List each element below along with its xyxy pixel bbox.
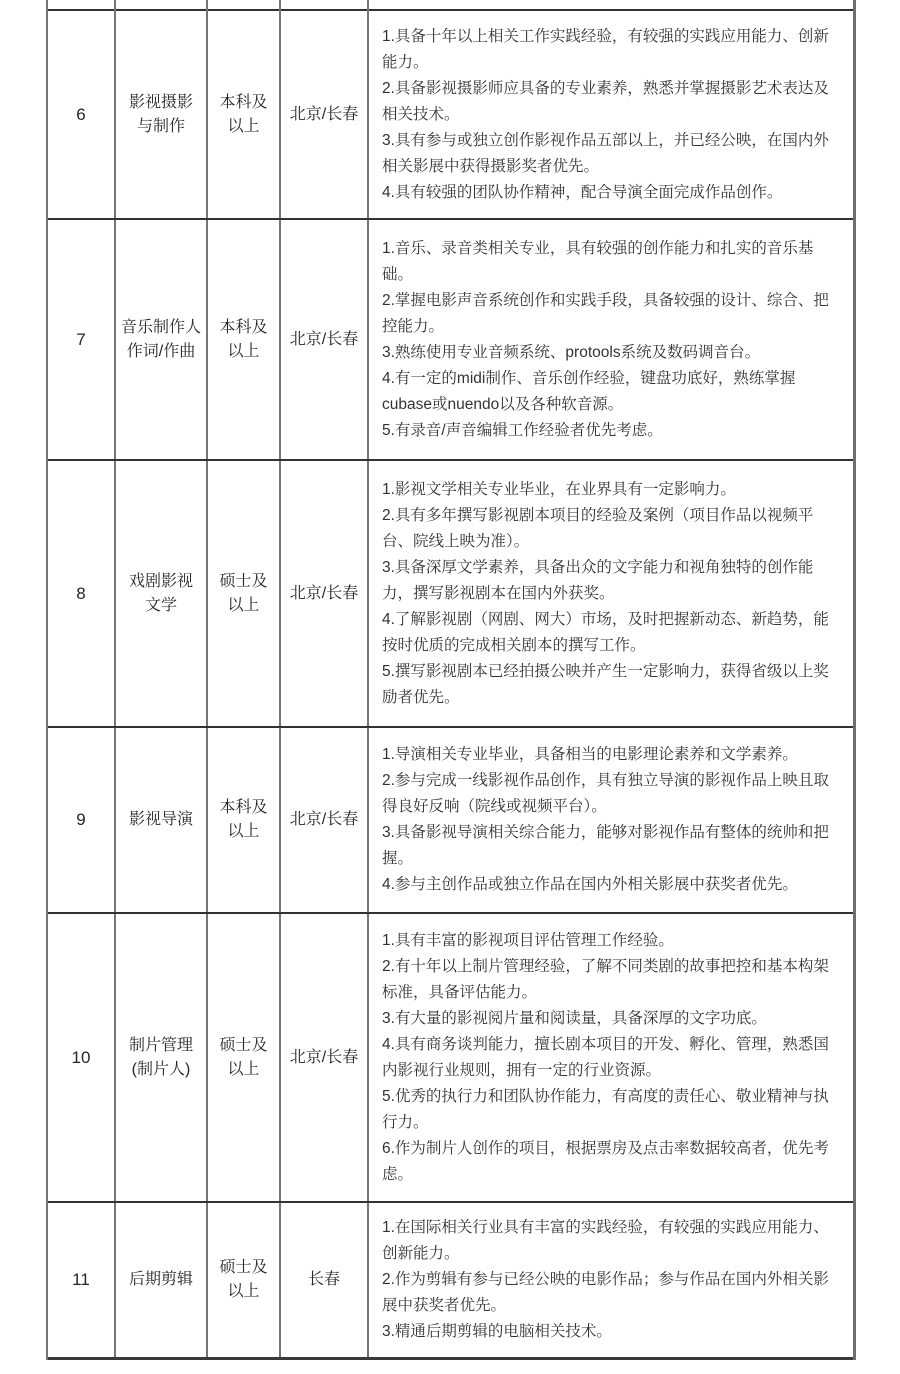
location-label: 北京/长春: [290, 1046, 358, 1070]
cell-seq: 8: [48, 461, 116, 726]
table-row: 7 音乐制作人 作词/作曲 本科及 以上 北京/长春 1.音乐、录音类相关专业，…: [48, 220, 853, 461]
cell-location: 长春: [281, 1203, 369, 1357]
seq-number: 8: [76, 582, 85, 606]
requirement-item: 2.作为剪辑有参与已经公映的电影作品；参与作品在国内外相关影展中获奖者优先。: [382, 1267, 837, 1319]
table-row-partial: [48, 0, 853, 11]
education-label: 以上: [227, 340, 259, 364]
requirement-item: 5.撰写影视剧本已经拍摄公映并产生一定影响力，获得省级以上奖励者优先。: [382, 659, 837, 711]
cell-location: 北京/长春: [281, 220, 369, 459]
requirement-item: 2.具有多年撰写影视剧本项目的经验及案例（项目作品以视频平台、院线上映为准）。: [382, 503, 837, 555]
cell-location: 北京/长春: [281, 914, 369, 1201]
requirement-item: 3.具备深厚文学素养，具备出众的文字能力和视角独特的创作能力，撰写影视剧本在国内…: [382, 555, 837, 607]
requirement-item: 1.具有丰富的影视项目评估管理工作经验。: [382, 928, 837, 954]
education-label: 硕士及: [219, 1256, 267, 1280]
recruitment-table: 6 影视摄影 与制作 本科及 以上 北京/长春 1.具备十年以上相关工作实践经验…: [46, 0, 856, 1360]
position-label: 文学: [145, 594, 177, 618]
cell-requirements: 1.影视文学相关专业毕业，在业界具有一定影响力。 2.具有多年撰写影视剧本项目的…: [369, 461, 853, 726]
requirement-item: 3.有大量的影视阅片量和阅读量，具备深厚的文字功底。: [382, 1006, 837, 1032]
cell-position: 影视摄影 与制作: [116, 11, 208, 218]
requirement-item: 1.音乐、录音类相关专业，具有较强的创作能力和扎实的音乐基础。: [382, 236, 837, 288]
education-label: 以上: [227, 1280, 259, 1304]
cell-seq: 10: [48, 914, 116, 1201]
location-label: 长春: [308, 1268, 340, 1292]
table-row: 6 影视摄影 与制作 本科及 以上 北京/长春 1.具备十年以上相关工作实践经验…: [48, 11, 853, 220]
cell-position: 制片管理 (制片人): [116, 914, 208, 1201]
requirement-item: 4.具有较强的团队协作精神，配合导演全面完成作品创作。: [382, 180, 837, 206]
requirement-item: 2.参与完成一线影视作品创作，具有独立导演的影视作品上映且取得良好反响（院线或视…: [382, 768, 837, 820]
requirement-item: 3.熟练使用专业音频系统、protools系统及数码调音台。: [382, 340, 837, 366]
cell-seq: 9: [48, 728, 116, 912]
education-label: 本科及: [219, 796, 267, 820]
cell-requirements: 1.导演相关专业毕业，具备相当的电影理论素养和文学素养。 2.参与完成一线影视作…: [369, 728, 853, 912]
education-label: 硕士及: [219, 1034, 267, 1058]
cell-location: 北京/长春: [281, 11, 369, 218]
requirement-item: 5.优秀的执行力和团队协作能力，有高度的责任心、敬业精神与执行力。: [382, 1084, 837, 1136]
cell-education: 本科及 以上: [208, 11, 281, 218]
position-label: (制片人): [132, 1058, 191, 1082]
cell-location: 北京/长春: [281, 461, 369, 726]
seq-number: 10: [72, 1046, 91, 1070]
education-label: 本科及: [219, 91, 267, 115]
cell-education: 本科及 以上: [208, 728, 281, 912]
requirement-item: 2.掌握电影声音系统创作和实践手段，具备较强的设计、综合、把控能力。: [382, 288, 837, 340]
requirement-item: 4.具有商务谈判能力，擅长剧本项目的开发、孵化、管理，熟悉国内影视行业规则，拥有…: [382, 1032, 837, 1084]
page: 6 影视摄影 与制作 本科及 以上 北京/长春 1.具备十年以上相关工作实践经验…: [0, 0, 900, 1374]
table-row: 9 影视导演 本科及 以上 北京/长春 1.导演相关专业毕业，具备相当的电影理论…: [48, 728, 853, 914]
education-label: 硕士及: [219, 570, 267, 594]
position-label: 戏剧影视: [129, 570, 193, 594]
requirement-item: 3.精通后期剪辑的电脑相关技术。: [382, 1319, 837, 1345]
location-label: 北京/长春: [290, 582, 358, 606]
position-label: 影视摄影: [129, 91, 193, 115]
seq-number: 11: [72, 1268, 90, 1292]
cell-seq: 6: [48, 11, 116, 218]
cell-requirements: 1.音乐、录音类相关专业，具有较强的创作能力和扎实的音乐基础。 2.掌握电影声音…: [369, 220, 853, 459]
position-label: 作词/作曲: [127, 340, 195, 364]
requirement-item: 2.有十年以上制片管理经验，了解不同类剧的故事把控和基本构架标准，具备评估能力。: [382, 954, 837, 1006]
requirement-item: 4.了解影视剧（网剧、网大）市场，及时把握新动态、新趋势，能按时优质的完成相关剧…: [382, 607, 837, 659]
cell-requirements: 1.在国际相关行业具有丰富的实践经验，有较强的实践应用能力、创新能力。 2.作为…: [369, 1203, 853, 1357]
cell-requirements: 1.具有丰富的影视项目评估管理工作经验。 2.有十年以上制片管理经验，了解不同类…: [369, 914, 853, 1201]
requirement-item: 3.具有参与或独立创作影视作品五部以上，并已经公映，在国内外相关影展中获得摄影奖…: [382, 128, 837, 180]
education-label: 以上: [227, 115, 259, 139]
education-label: 以上: [227, 820, 259, 844]
requirement-item: 1.在国际相关行业具有丰富的实践经验，有较强的实践应用能力、创新能力。: [382, 1215, 837, 1267]
requirement-item: 4.参与主创作品或独立作品在国内外相关影展中获奖者优先。: [382, 872, 837, 898]
requirement-item: 2.具备影视摄影师应具备的专业素养，熟悉并掌握摄影艺术表达及相关技术。: [382, 76, 837, 128]
seq-number: 7: [76, 328, 85, 352]
table-row: 11 后期剪辑 硕士及 以上 长春 1.在国际相关行业具有丰富的实践经验，有较强…: [48, 1203, 853, 1360]
location-label: 北京/长春: [290, 103, 358, 127]
education-label: 以上: [227, 1058, 259, 1082]
cell-education: 硕士及 以上: [208, 914, 281, 1201]
cell-seq: 7: [48, 220, 116, 459]
position-label: 制片管理: [129, 1034, 193, 1058]
requirement-item: 5.有录音/声音编辑工作经验者优先考虑。: [382, 418, 837, 444]
cell-position: 戏剧影视 文学: [116, 461, 208, 726]
cell-seq: 11: [48, 1203, 116, 1357]
cell-education: 硕士及 以上: [208, 461, 281, 726]
table-row: 10 制片管理 (制片人) 硕士及 以上 北京/长春 1.具有丰富的影视项目评估…: [48, 914, 853, 1203]
cell-education: 硕士及 以上: [208, 1203, 281, 1357]
seq-number: 6: [76, 103, 85, 127]
table-row: 8 戏剧影视 文学 硕士及 以上 北京/长春 1.影视文学相关专业毕业，在业界具…: [48, 461, 853, 728]
requirement-item: 1.具备十年以上相关工作实践经验，有较强的实践应用能力、创新能力。: [382, 24, 837, 76]
requirement-item: 1.导演相关专业毕业，具备相当的电影理论素养和文学素养。: [382, 742, 837, 768]
position-label: 影视导演: [129, 808, 193, 832]
cell-location: 北京/长春: [281, 728, 369, 912]
position-label: 音乐制作人: [121, 316, 201, 340]
location-label: 北京/长春: [290, 808, 358, 832]
education-label: 以上: [227, 594, 259, 618]
requirement-item: 1.影视文学相关专业毕业，在业界具有一定影响力。: [382, 477, 837, 503]
position-label: 与制作: [137, 115, 185, 139]
requirement-item: 6.作为制片人创作的项目，根据票房及点击率数据较高者，优先考虑。: [382, 1136, 837, 1188]
cell-requirements: 1.具备十年以上相关工作实践经验，有较强的实践应用能力、创新能力。 2.具备影视…: [369, 11, 853, 218]
cell-position: 影视导演: [116, 728, 208, 912]
requirement-item: 3.具备影视导演相关综合能力，能够对影视作品有整体的统帅和把握。: [382, 820, 837, 872]
position-label: 后期剪辑: [129, 1268, 193, 1292]
requirement-item: 4.有一定的midi制作、音乐创作经验，键盘功底好，熟练掌握cubase或nue…: [382, 366, 837, 418]
location-label: 北京/长春: [290, 328, 358, 352]
cell-education: 本科及 以上: [208, 220, 281, 459]
cell-position: 音乐制作人 作词/作曲: [116, 220, 208, 459]
cell-position: 后期剪辑: [116, 1203, 208, 1357]
education-label: 本科及: [219, 316, 267, 340]
seq-number: 9: [76, 808, 85, 832]
